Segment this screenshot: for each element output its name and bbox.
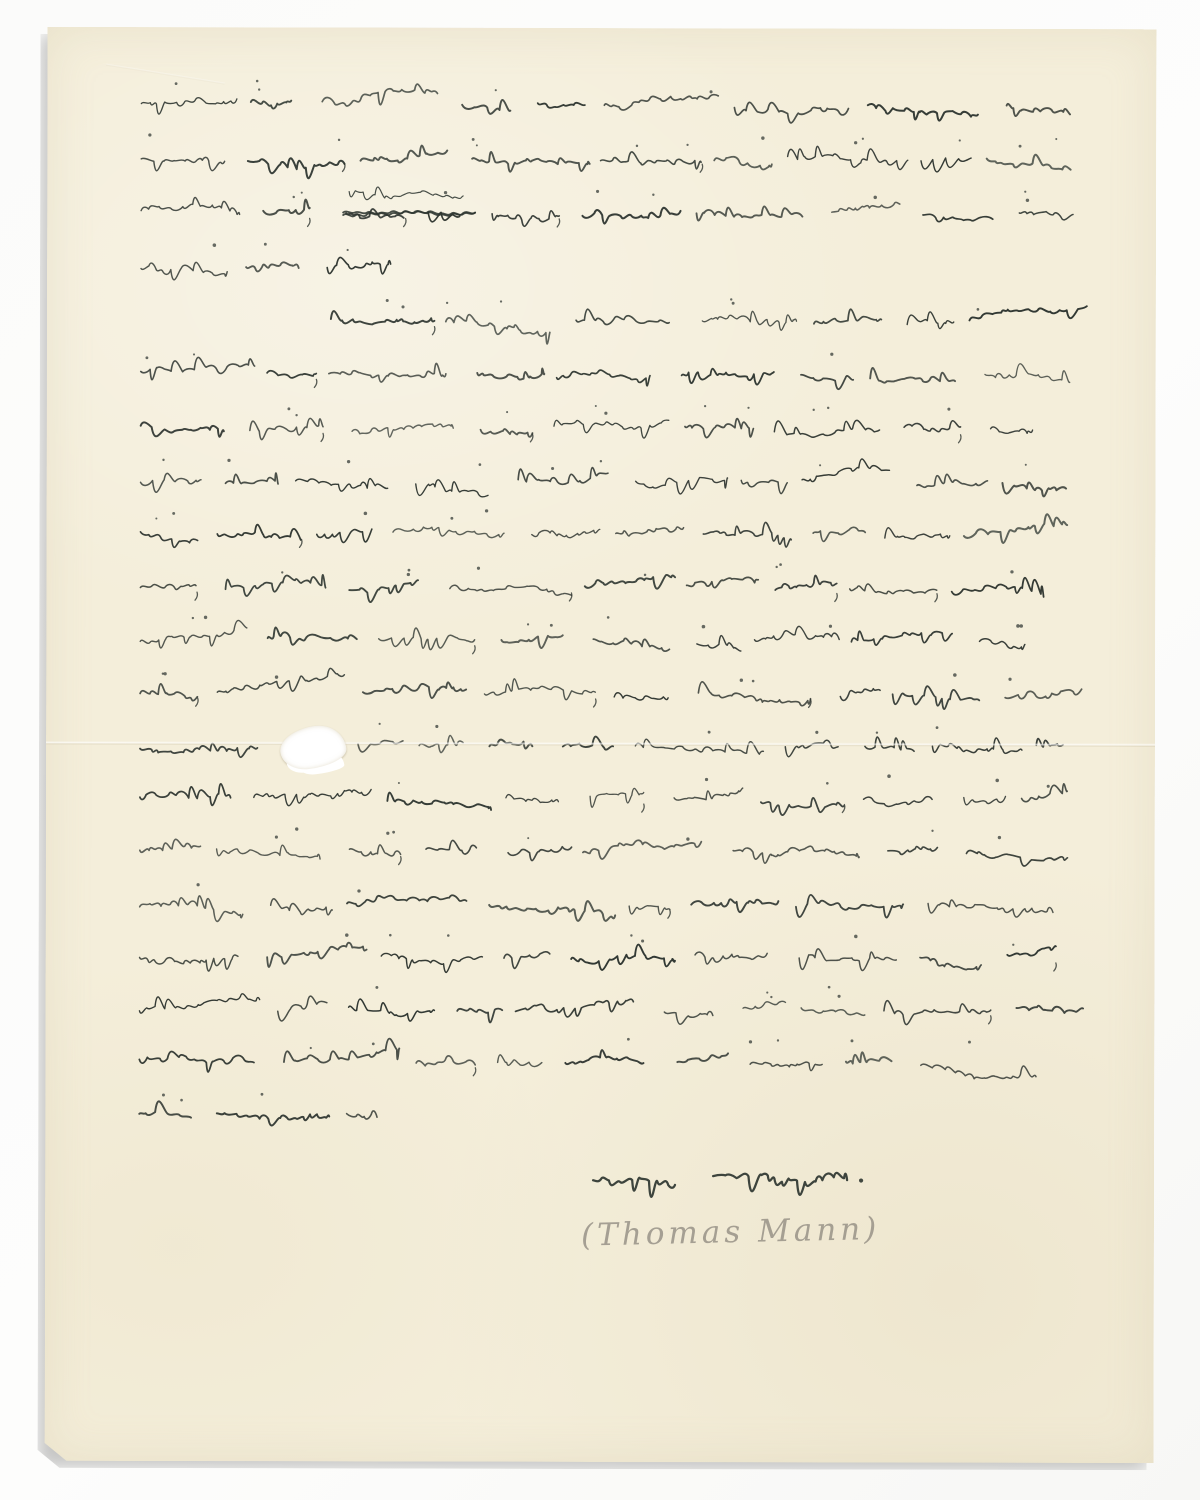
handwriting-word <box>920 957 981 969</box>
handwriting-word <box>884 1001 991 1025</box>
ink-comma <box>473 1068 475 1076</box>
handwriting-word <box>750 1062 822 1071</box>
ink-dot <box>275 836 278 839</box>
ink-comma <box>989 1016 991 1024</box>
ink-dot <box>826 782 829 785</box>
ink-dot <box>998 836 1001 839</box>
handwriting-word <box>140 532 197 548</box>
handwriting-word <box>140 955 238 971</box>
handwriting-word <box>917 474 988 487</box>
handwriting-word <box>446 315 550 344</box>
handwriting-word <box>904 421 961 432</box>
ink-dot <box>936 726 939 729</box>
handwriting-word <box>217 845 321 859</box>
ink-dot <box>854 935 858 939</box>
handwriting-line <box>140 933 1057 974</box>
handwriting-word <box>141 157 224 171</box>
ink-dot <box>854 141 857 144</box>
letter-body-handwriting <box>139 79 1087 1127</box>
ink-dot <box>851 1039 854 1042</box>
handwriting-word <box>352 424 453 437</box>
photo-background: (Thomas Mann) <box>0 0 1200 1500</box>
ink-dot <box>775 566 777 568</box>
handwriting-word <box>928 900 1053 917</box>
ink-dot <box>1012 944 1014 946</box>
ink-dot <box>172 512 175 515</box>
handwriting-word <box>379 628 475 650</box>
ink-comma <box>594 699 596 707</box>
ink-dot <box>596 190 599 193</box>
handwriting-word <box>697 636 741 652</box>
ink-dot <box>295 414 297 416</box>
ink-dot <box>287 407 290 410</box>
ink-dot <box>213 243 217 247</box>
ink-dot <box>1026 199 1029 202</box>
handwriting-word <box>733 846 859 863</box>
ink-dot <box>1010 570 1013 573</box>
handwriting-word <box>614 693 668 700</box>
handwriting-word <box>296 478 388 491</box>
handwriting-word <box>832 202 900 212</box>
handwriting-word <box>450 585 572 595</box>
handwriting-word <box>140 584 196 589</box>
ink-comma <box>700 164 702 172</box>
handwriting-word <box>743 1001 785 1009</box>
handwriting-word <box>801 375 853 389</box>
handwriting-word <box>140 839 201 852</box>
ink-comma <box>835 593 837 601</box>
ink-dot <box>551 467 554 470</box>
handwriting-word <box>504 952 550 969</box>
ink-dot <box>1019 624 1023 628</box>
handwriting-word <box>251 100 291 109</box>
ink-dot <box>600 460 602 462</box>
ink-dot <box>977 308 980 311</box>
ink-dot <box>192 617 194 619</box>
handwriting-word <box>755 626 840 641</box>
handwriting-word <box>734 102 848 123</box>
ink-dot <box>163 672 166 675</box>
handwriting-word <box>278 996 327 1021</box>
signature-word <box>593 1178 675 1197</box>
handwriting-word <box>518 467 608 484</box>
ink-dot <box>779 563 782 566</box>
ink-dot <box>766 991 768 993</box>
handwriting-word <box>893 686 980 709</box>
handwriting-word <box>271 899 333 915</box>
handwriting-word <box>775 575 837 590</box>
ink-dot <box>887 774 891 778</box>
handwriting-word <box>991 427 1033 434</box>
handwriting-line <box>140 773 1067 816</box>
handwriting-word <box>629 906 670 915</box>
handwriting-word <box>141 98 237 115</box>
handwriting-word <box>565 1050 643 1064</box>
handwriting-word <box>864 796 933 806</box>
ink-dot <box>876 731 878 733</box>
ink-dot <box>338 139 340 141</box>
handwriting-word <box>576 309 669 324</box>
ink-dot <box>747 407 749 409</box>
ink-dot <box>357 889 360 892</box>
ink-dot <box>375 986 378 989</box>
handwriting-line <box>141 79 1070 123</box>
handwriting-word <box>1005 689 1081 699</box>
handwriting-word <box>885 528 950 539</box>
handwriting-word <box>457 1009 502 1023</box>
ink-comma <box>935 594 937 602</box>
ink-dot <box>447 934 450 937</box>
ink-dot <box>386 299 389 302</box>
handwriting-line <box>140 562 1043 604</box>
handwriting-word <box>226 575 326 596</box>
ink-dot <box>1047 785 1050 788</box>
handwriting-word <box>921 158 971 172</box>
handwriting-word <box>761 798 844 815</box>
handwriting-line <box>140 827 1068 866</box>
handwriting-word <box>217 1113 329 1126</box>
ink-comma <box>668 910 670 918</box>
ink-comma <box>308 218 310 226</box>
handwriting-line <box>331 297 1087 345</box>
handwriting-line <box>141 189 1073 228</box>
ink-dot <box>347 249 349 251</box>
ink-dot <box>828 986 831 989</box>
ink-dot <box>301 192 303 194</box>
handwriting-word <box>361 145 448 162</box>
handwriting-word <box>702 311 796 330</box>
ink-dot <box>258 88 260 90</box>
handwriting-line <box>141 457 1067 498</box>
handwriting-word <box>217 668 344 693</box>
ink-dot <box>310 1047 312 1049</box>
ink-dot <box>740 679 743 682</box>
handwriting-word <box>267 943 366 968</box>
ink-dot <box>595 405 597 407</box>
handwriting-word <box>250 418 323 439</box>
ink-dot <box>379 723 381 725</box>
ink-dot <box>485 509 488 512</box>
ink-dot <box>550 624 553 627</box>
handwriting-word <box>801 1008 865 1015</box>
ink-dot <box>705 778 708 781</box>
ink-dot <box>472 138 475 141</box>
handwriting-line <box>140 668 1082 709</box>
handwriting-word <box>141 473 201 492</box>
ink-dot <box>777 1039 779 1041</box>
ink-comma <box>314 379 316 387</box>
handwriting-word <box>964 796 1006 805</box>
handwriting-word <box>682 369 774 385</box>
handwriting-word <box>677 1053 728 1062</box>
handwriting-word <box>267 371 316 378</box>
ink-dot <box>830 353 833 356</box>
signature-word <box>713 1173 847 1195</box>
handwriting-word <box>799 949 896 971</box>
handwriting-word <box>593 638 669 651</box>
ink-dot <box>386 832 389 835</box>
handwriting-word <box>952 578 1044 597</box>
ink-dot <box>627 1038 630 1041</box>
ink-dot <box>398 782 400 784</box>
ink-dot <box>477 567 480 570</box>
handwriting-word <box>484 679 595 700</box>
ink-dot <box>196 883 199 886</box>
ink-comma <box>642 804 644 812</box>
ink-dot <box>408 569 411 572</box>
handwriting-line <box>140 883 1053 923</box>
letter-paper: (Thomas Mann) <box>44 27 1156 1463</box>
ink-dot <box>819 464 821 466</box>
handwriting-word <box>416 480 488 497</box>
ink-dot <box>527 837 529 839</box>
ink-comma <box>404 219 406 227</box>
handwriting-word <box>714 157 772 170</box>
ink-dot <box>968 1041 971 1044</box>
handwriting-word <box>349 999 435 1021</box>
ink-comma <box>959 435 961 443</box>
ink-dot <box>652 193 654 195</box>
handwriting-line <box>139 1037 1036 1079</box>
handwriting-word <box>696 206 802 221</box>
ink-comma <box>195 592 197 600</box>
handwriting-word <box>582 208 680 224</box>
handwriting-word <box>506 795 559 803</box>
handwriting-word <box>685 419 753 438</box>
ink-dot <box>389 934 392 937</box>
ink-dot <box>862 138 864 140</box>
ink-dot <box>401 305 404 308</box>
handwriting-word <box>1007 946 1056 956</box>
handwriting-word <box>923 214 993 222</box>
handwriting-word <box>501 635 562 648</box>
ink-dot <box>295 827 298 830</box>
ink-dot <box>607 616 610 619</box>
handwriting-word <box>363 682 466 698</box>
handwriting-word <box>349 845 400 856</box>
ink-dot <box>827 407 829 409</box>
handwriting-word <box>636 477 728 494</box>
ink-dot <box>686 144 688 146</box>
handwriting-word <box>987 155 1071 170</box>
ink-dot <box>227 459 230 462</box>
ink-dot <box>495 89 497 91</box>
handwriting-word <box>1019 212 1073 220</box>
handwriting-word <box>416 1056 475 1066</box>
ink-dot <box>730 298 732 300</box>
handwriting-word <box>284 1038 399 1062</box>
handwriting-word <box>317 529 372 543</box>
ink-dot <box>702 625 706 629</box>
signature-handwriting <box>593 1172 863 1197</box>
ink-dot <box>372 1043 375 1046</box>
ink-dot <box>275 675 278 678</box>
ink-comma <box>432 327 434 335</box>
ink-dot <box>1016 624 1020 628</box>
ink-dot <box>256 80 259 83</box>
ink-dot <box>1024 191 1026 193</box>
ink-comma <box>399 857 401 865</box>
ink-dot <box>710 90 713 93</box>
ink-dot <box>293 196 295 198</box>
ink-dot <box>435 725 438 728</box>
ink-dot <box>641 939 644 942</box>
ink-dot <box>630 934 632 936</box>
ink-comma <box>1054 963 1056 971</box>
ink-dot <box>995 779 999 783</box>
handwriting-word <box>532 529 600 538</box>
handwriting-word <box>1007 104 1070 116</box>
handwriting-line <box>139 1093 377 1126</box>
ink-dot <box>770 996 772 998</box>
ink-dot <box>704 405 706 407</box>
handwriting-word <box>472 152 590 172</box>
ink-dot <box>604 412 607 415</box>
ink-dot <box>644 574 647 577</box>
ink-dot <box>345 933 349 937</box>
handwriting-word <box>868 104 978 121</box>
handwriting-word <box>141 422 224 436</box>
ink-comma <box>473 646 475 654</box>
signature-period-dot <box>859 1178 863 1182</box>
handwriting-word <box>248 158 345 178</box>
ink-dot <box>450 517 453 520</box>
handwriting-word <box>426 840 476 854</box>
ink-dot <box>476 144 478 146</box>
handwriting-word <box>327 257 390 274</box>
ink-dot <box>947 408 950 411</box>
ink-dot <box>392 831 395 834</box>
handwriting-word <box>554 420 669 438</box>
ink-dot <box>446 302 448 304</box>
handwriting-word <box>850 584 937 594</box>
ink-dot <box>636 145 638 147</box>
handwriting-word <box>921 1064 1036 1079</box>
handwriting-word <box>254 789 371 806</box>
handwriting-word <box>604 94 718 110</box>
ink-dot <box>1025 464 1027 466</box>
handwriting-word <box>741 480 787 493</box>
ink-dot <box>829 625 832 628</box>
ink-dot <box>407 573 410 576</box>
handwriting-word <box>907 312 954 329</box>
ink-dot <box>686 837 689 840</box>
handwriting-word <box>985 364 1070 383</box>
handwriting-word <box>481 429 533 437</box>
handwriting-word <box>774 420 879 437</box>
ink-dot <box>752 680 755 683</box>
ink-dot <box>732 302 735 305</box>
ink-dot <box>193 353 195 355</box>
handwriting-word <box>140 896 243 922</box>
ink-dot <box>155 517 157 519</box>
handwriting-word <box>508 847 572 861</box>
ink-dot <box>1008 678 1011 681</box>
ink-dot <box>761 136 764 139</box>
ink-dot <box>281 571 283 573</box>
handwriting-word <box>226 473 279 484</box>
handwriting-word <box>1016 1006 1083 1013</box>
handwriting-word <box>538 103 585 108</box>
handwriting-word <box>813 527 865 541</box>
handwriting-line <box>139 984 1083 1025</box>
handwriting-word <box>489 901 615 921</box>
handwriting-word <box>846 1052 892 1063</box>
handwriting-word <box>585 575 675 589</box>
handwriting-line <box>141 404 1033 443</box>
ink-dot <box>500 300 502 302</box>
ink-dot <box>874 196 877 199</box>
handwriting-word <box>601 152 702 169</box>
handwriting-word <box>840 689 880 701</box>
handwriting-word <box>139 1051 254 1072</box>
handwriting-word <box>141 357 255 380</box>
handwriting-word <box>1002 482 1066 496</box>
handwriting-word <box>802 459 889 482</box>
handwriting-word <box>393 527 504 538</box>
ink-dot <box>506 411 508 413</box>
handwriting-word <box>1022 784 1068 802</box>
pencil-annotation: (Thomas Mann) <box>581 1211 882 1254</box>
handwriting-word <box>139 994 259 1014</box>
handwriting-word <box>329 363 446 382</box>
handwriting-word <box>263 200 310 215</box>
ink-dot <box>953 673 957 677</box>
ink-dot <box>959 139 961 141</box>
handwriting-word <box>969 306 1086 321</box>
handwriting-word <box>331 311 435 324</box>
handwriting-word <box>980 639 1025 650</box>
handwriting-word <box>387 793 491 810</box>
ink-dot <box>204 616 207 619</box>
handwriting-word <box>571 944 675 970</box>
ink-dot <box>479 463 482 466</box>
handwriting-word <box>140 784 231 806</box>
ink-dot <box>838 995 841 998</box>
handwriting-word <box>687 577 759 588</box>
handwriting-word <box>516 999 634 1017</box>
handwriting-word <box>141 262 227 280</box>
handwriting-line <box>140 508 1067 549</box>
handwriting-word <box>462 100 510 114</box>
ink-dot <box>148 133 151 136</box>
ink-dot <box>1019 145 1022 148</box>
handwriting-word <box>347 1111 377 1119</box>
handwriting-word <box>140 743 257 757</box>
handwriting-word <box>477 368 544 379</box>
handwriting-line <box>140 615 1025 655</box>
ink-dot <box>162 459 164 461</box>
handwriting-line <box>141 243 391 281</box>
handwriting-word <box>590 788 644 807</box>
handwriting-word <box>664 1011 713 1024</box>
handwriting-word <box>814 309 882 324</box>
handwriting-line <box>141 351 1070 389</box>
handwriting-word <box>347 895 467 906</box>
ink-comma <box>557 219 559 227</box>
handwriting-word <box>616 527 684 536</box>
handwriting-word <box>217 525 300 540</box>
handwriting-word <box>695 952 767 964</box>
handwriting-word <box>691 899 778 912</box>
handwriting-word <box>140 684 197 701</box>
ink-dot <box>708 731 711 734</box>
handwriting-word <box>139 1101 191 1117</box>
ink-dot <box>527 623 529 625</box>
handwriting-word <box>698 682 810 706</box>
ink-comma <box>321 433 323 441</box>
ink-dot <box>162 1093 165 1096</box>
